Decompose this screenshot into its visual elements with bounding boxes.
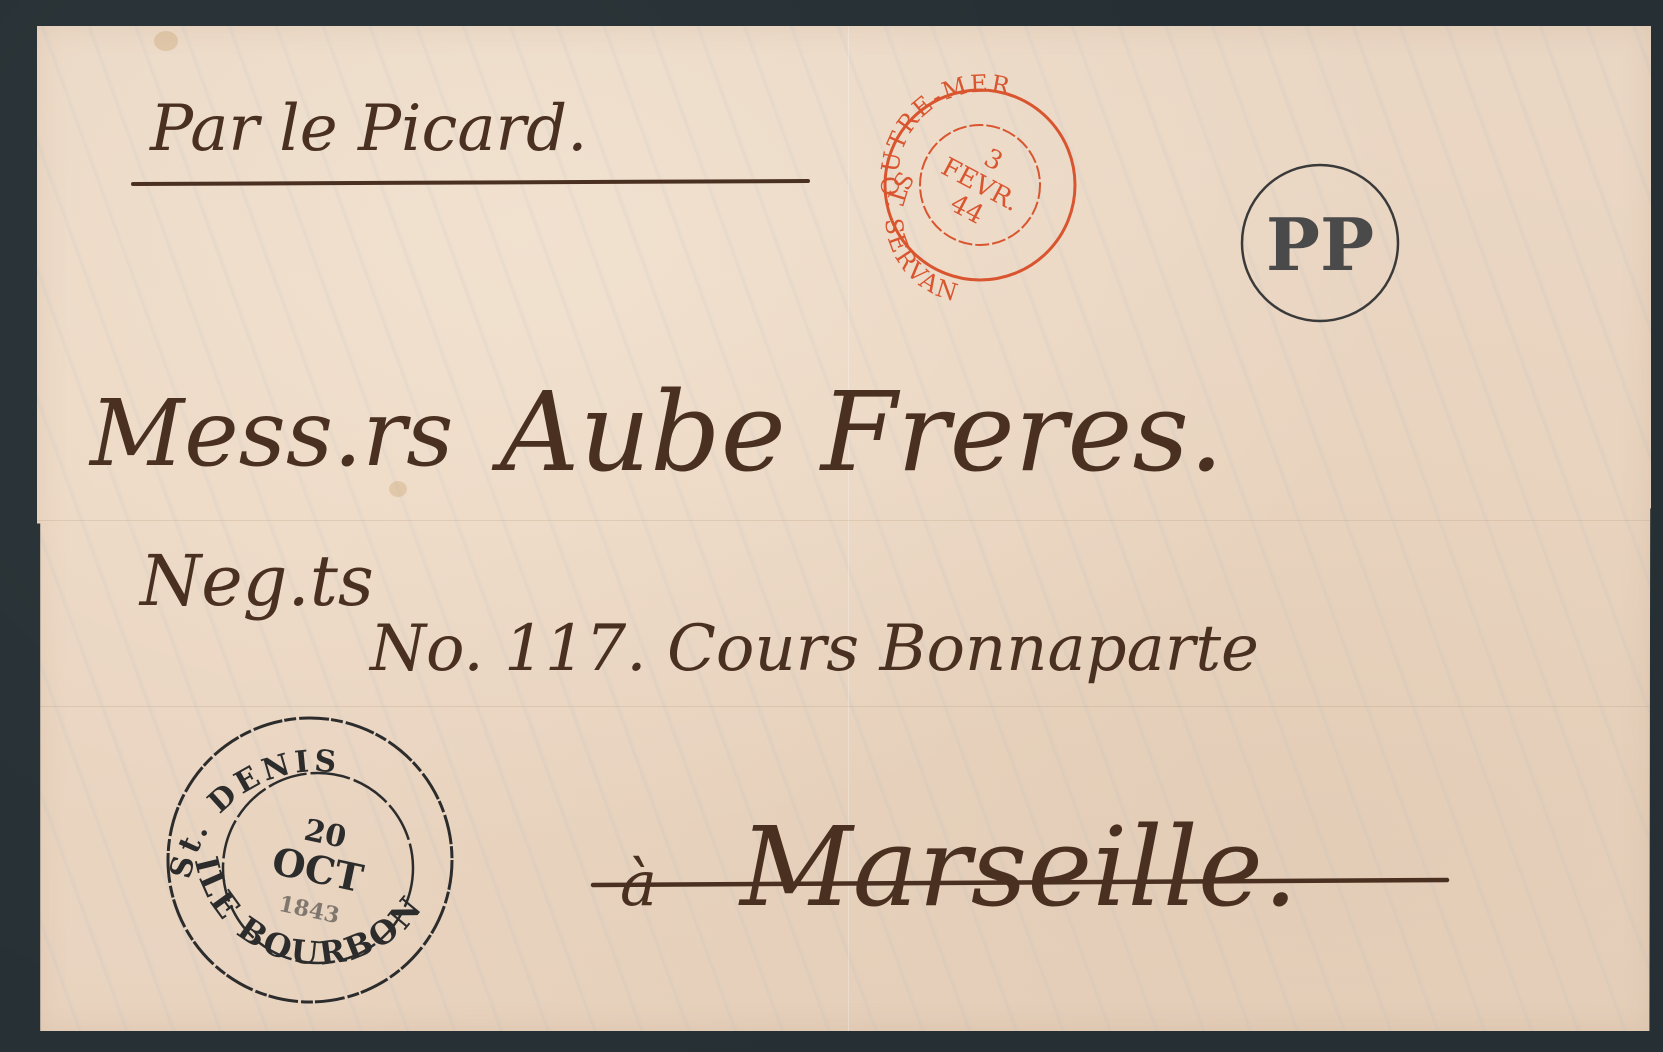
addressee-name: Aube Freres. <box>491 368 1224 496</box>
city-name: Marseille. <box>738 803 1298 931</box>
postmark-outre-mer: OUTRE-MER ST. SERVAN 3 FEVR. 44 <box>876 69 1075 307</box>
address-occupation: Neg.ts <box>138 540 374 622</box>
street-address: No. 117. Cours Bonnaparte <box>368 612 1259 686</box>
city-underline <box>593 880 1447 885</box>
postmark-pp: PP <box>1242 165 1398 321</box>
routing-text: Par le Picard. <box>149 92 587 166</box>
postmark-st-denis: St. DENIS ILE BOURBON 20 OCT 1843 <box>163 718 452 1002</box>
pp-text: PP <box>1266 202 1374 287</box>
routing-underline <box>133 181 808 184</box>
address-salutation: Mess.rs <box>88 380 454 487</box>
routing-instruction: Par le Picard. <box>133 92 808 184</box>
postmark-year: 1843 <box>276 891 341 929</box>
ink-layer: Par le Picard. Mess.rs Aube Freres. Neg.… <box>0 0 1663 1052</box>
